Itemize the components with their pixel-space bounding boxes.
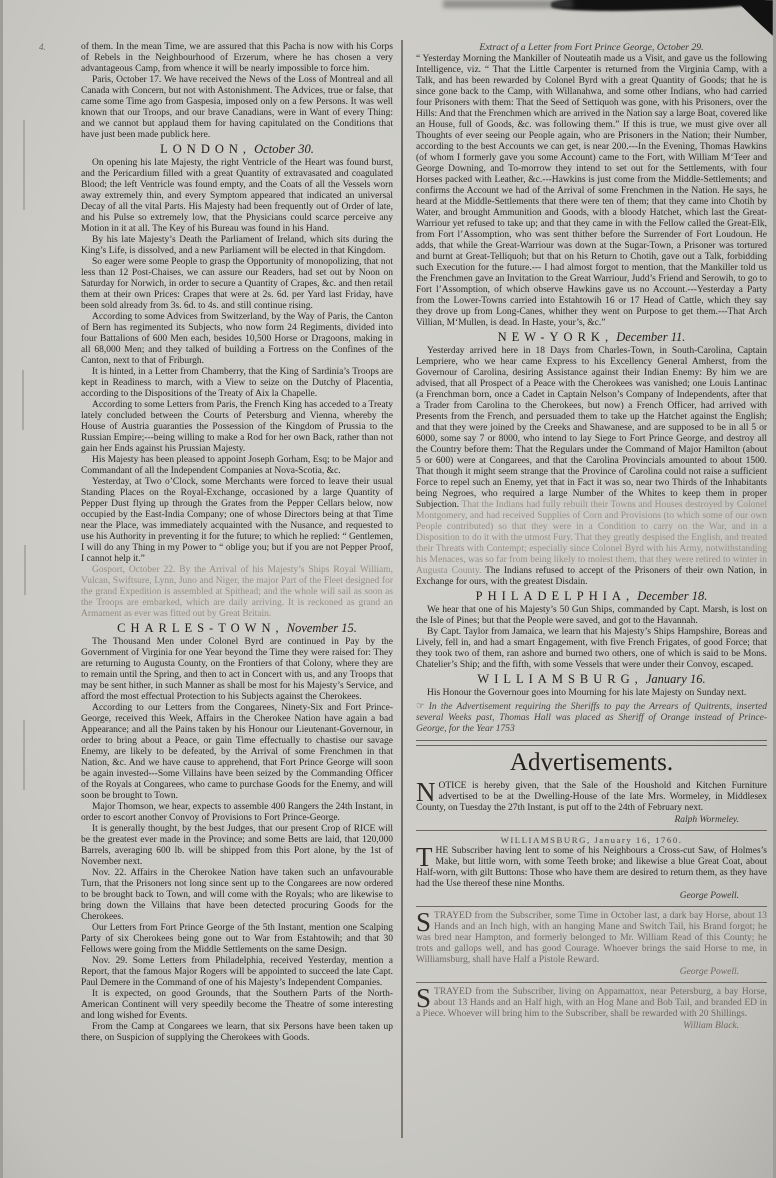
dateline-date: January 16. — [646, 672, 706, 686]
news-paragraph: According to our Letters from the Congar… — [81, 703, 393, 802]
newspaper-page: 4. of them. In the mean Time, we are ass… — [3, 0, 773, 1178]
news-paragraph: Major Thomson, we hear, expects to assem… — [81, 802, 393, 824]
drop-cap: T — [416, 846, 436, 868]
advertisement: STRAYED from the Subscriber, living on A… — [416, 987, 767, 1032]
ad-body-text: OTICE is hereby given, that the Sale of … — [416, 781, 767, 813]
section-rule — [416, 982, 767, 983]
drop-cap: N — [416, 781, 439, 803]
ad-body-text: TRAYED from the Subscriber, living on Ap… — [416, 987, 767, 1019]
news-paragraph: We hear that one of his Majesty’s 50 Gun… — [416, 605, 767, 627]
left-column: of them. In the mean Time, we are assure… — [81, 42, 393, 1044]
signature: Ralph Wormeley. — [416, 815, 767, 826]
drop-cap: S — [416, 911, 434, 933]
city-name: WILLIAMSBURG, — [477, 672, 642, 686]
ad-dateline: WILLIAMSBURG, January 16, 1760. — [416, 835, 767, 846]
section-rule — [416, 906, 767, 907]
city-name: LONDON, — [160, 142, 251, 156]
signature: George Powell. — [416, 967, 767, 978]
drop-cap: S — [416, 987, 434, 1009]
news-paragraph: It is expected, on good Grounds, that th… — [81, 989, 393, 1022]
ad-text: STRAYED from the Subscriber, some Time i… — [416, 911, 767, 966]
city-name: NEW-YORK, — [498, 330, 613, 344]
scan-artifact-soft — [443, 0, 573, 8]
news-paragraph: Nov. 29. Some Letters from Philadelphia,… — [81, 956, 393, 989]
news-paragraph: It is generally thought, by the best Jud… — [81, 824, 393, 868]
advertisements-title: Advertisements. — [416, 749, 767, 777]
news-paragraph: Yesterday, at Two o’Clock, some Merchant… — [81, 477, 393, 565]
news-paragraph: Nov. 22. Affairs in the Cherokee Nation … — [81, 868, 393, 923]
dateline-date: December 11. — [616, 330, 685, 344]
news-paragraph: Gosport, October 22. By the Arrival of h… — [81, 565, 393, 620]
pointing-hand-icon: ☞ — [416, 702, 429, 712]
city-name: CHARLES-TOWN, — [117, 621, 284, 635]
advertisement: WILLIAMSBURG, January 16, 1760.THE Subsc… — [416, 835, 767, 902]
ad-body-text: TRAYED from the Subscriber, some Time in… — [416, 911, 767, 965]
note-text: In the Advertisement requiring the Sheri… — [416, 702, 767, 734]
news-paragraph: On opening his late Majesty, the right V… — [81, 158, 393, 235]
right-column: Extract of a Letter from Fort Prince Geo… — [416, 42, 767, 1035]
ad-text: NOTICE is hereby given, that the Sale of… — [416, 781, 767, 814]
dateline-heading: NEW-YORK, December 11. — [416, 330, 767, 345]
news-paragraph: By Capt. Taylor from Jamaica, we learn t… — [416, 627, 767, 671]
scan-artifact-streak — [22, 370, 24, 430]
news-paragraph: His Honour the Governour goes into Mourn… — [416, 688, 767, 699]
advertisement: STRAYED from the Subscriber, some Time i… — [416, 911, 767, 978]
scan-artifact-smudge — [551, 0, 766, 13]
ad-text: STRAYED from the Subscriber, living on A… — [416, 987, 767, 1020]
signature: William Black. — [416, 1021, 767, 1032]
dateline-date: December 18. — [637, 589, 707, 603]
news-paragraph: From the Camp at Congarees we learn, tha… — [81, 1022, 393, 1044]
news-paragraph: Paris, October 17. We have received the … — [81, 75, 393, 141]
news-paragraph: of them. In the mean Time, we are assure… — [81, 42, 393, 75]
city-name: PHILADELPHIA, — [476, 589, 634, 603]
scan-artifact-streak — [23, 720, 25, 790]
section-rule — [416, 830, 767, 831]
section-rule — [416, 740, 767, 746]
ad-body-text: HE Subscriber having lent to some of his… — [416, 846, 767, 889]
ad-text: THE Subscriber having lent to some of hi… — [416, 846, 767, 890]
editor-note: ☞ In the Advertisement requiring the She… — [416, 702, 767, 735]
news-paragraph: Our Letters from Fort Prince George of t… — [81, 923, 393, 956]
news-paragraph: By his late Majesty’s Death the Parliame… — [81, 235, 393, 257]
dateline-heading: WILLIAMSBURG, January 16. — [416, 672, 767, 687]
column-divider-rule — [401, 40, 403, 1138]
dateline-date: October 30. — [254, 142, 314, 156]
page-marker: 4. — [39, 42, 46, 52]
dateline-heading: CHARLES-TOWN, November 15. — [81, 621, 393, 636]
signature: George Powell. — [416, 891, 767, 902]
text-segment: That the Indians had fully rebuilt their… — [416, 500, 767, 576]
news-paragraph: According to some Advices from Switzerla… — [81, 312, 393, 367]
news-paragraph: The Thousand Men under Colonel Byrd are … — [81, 637, 393, 703]
news-paragraph: “ Yesterday Morning the Mankiller of Nou… — [416, 54, 767, 329]
dateline-heading: PHILADELPHIA, December 18. — [416, 589, 767, 604]
scan-artifact-streak — [24, 545, 26, 595]
news-paragraph: It is hinted, in a Letter from Chamberry… — [81, 367, 393, 400]
text-segment: Yesterday arrived here in 18 Days from C… — [416, 346, 767, 510]
news-paragraph: His Majesty has been pleased to appoint … — [81, 455, 393, 477]
news-paragraph: Yesterday arrived here in 18 Days from C… — [416, 346, 767, 588]
extract-heading: Extract of a Letter from Fort Prince Geo… — [416, 42, 767, 54]
news-paragraph: According to some Letters from Paris, th… — [81, 400, 393, 455]
news-paragraph: So eager were some People to grasp the O… — [81, 257, 393, 312]
scan-artifact-streak — [23, 120, 25, 210]
dateline-date: November 15. — [287, 621, 357, 635]
dateline-heading: LONDON, October 30. — [81, 142, 393, 157]
advertisement: NOTICE is hereby given, that the Sale of… — [416, 781, 767, 826]
